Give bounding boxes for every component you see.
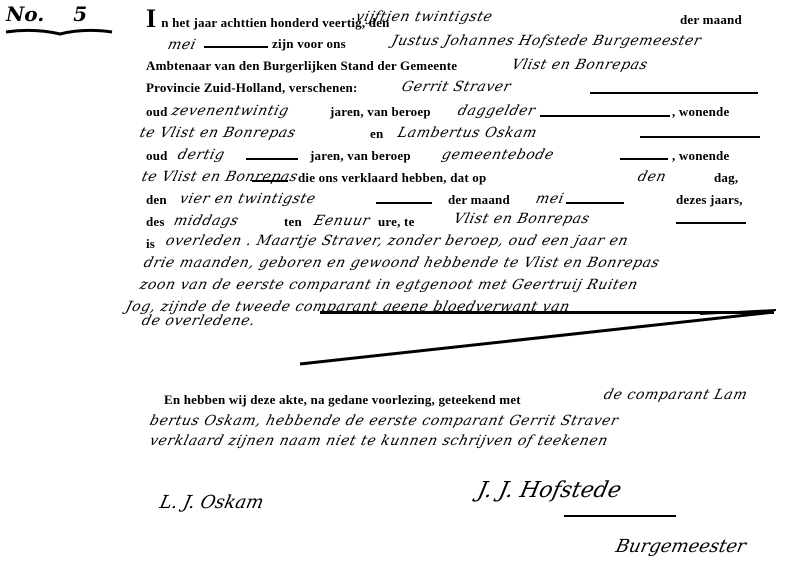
printed-text: ure, te: [378, 214, 415, 230]
handwritten-day: den: [636, 169, 668, 185]
record-number-value: 5: [73, 2, 87, 26]
fill-line: [676, 222, 746, 224]
handwritten-occupation-1: daggelder: [456, 103, 537, 119]
handwritten-declarant-1: Gerrit Straver: [400, 79, 513, 95]
drop-cap: I: [146, 4, 156, 33]
fill-line: [204, 46, 268, 48]
handwritten-residence-1: te Vlist en Bonrepas: [138, 125, 298, 141]
handwritten-municipality: Vlist en Bonrepas: [510, 57, 649, 73]
fill-line: [246, 158, 298, 160]
printed-text: en: [370, 126, 383, 142]
printed-text: jaren, van beroep: [330, 104, 431, 120]
handwritten-declarant-2: Lambertus Oskam: [396, 125, 539, 141]
record-number: No. 5: [6, 2, 87, 26]
printed-text: ten: [284, 214, 302, 230]
handwritten-illiterate-note: verklaard zijnen naam niet te kunnen sch…: [148, 433, 610, 449]
handwritten-time-of-day: middags: [172, 213, 240, 229]
record-number-label: No.: [6, 2, 44, 26]
handwritten-date-day: vijftien twintigste: [354, 9, 494, 25]
printed-text: Ambtenaar van den Burgerlijken Stand der…: [146, 58, 457, 74]
printed-text: dezes jaars,: [676, 192, 743, 208]
fill-line: [640, 136, 760, 138]
handwritten-age-2: dertig: [176, 147, 227, 163]
flourish-underline: [4, 26, 114, 38]
printed-text: der maand: [448, 192, 510, 208]
handwritten-deceased-details: overleden . Maartje Straver, zonder bero…: [164, 233, 630, 249]
handwritten-date-of-death: vier en twintigste: [178, 191, 318, 207]
printed-text: Provincie Zuid-Holland, verschenen:: [146, 80, 358, 96]
fill-line: [620, 158, 668, 160]
fill-line: [252, 180, 288, 182]
printed-text: den: [146, 192, 167, 208]
diagonal-closing-stroke: [0, 300, 800, 370]
handwritten-occupation-2: gemeentebode: [440, 147, 556, 163]
printed-text: , wonende: [672, 148, 729, 164]
handwritten-age-1: zevenentwintig: [170, 103, 291, 119]
printed-text: is: [146, 236, 155, 252]
fill-line: [590, 92, 758, 94]
handwritten-hour: Eenuur: [312, 213, 372, 229]
signature-official: J. J. Hofstede: [475, 478, 623, 503]
printed-text: des: [146, 214, 165, 230]
handwritten-residence-2: te Vlist en Bonrepas: [140, 169, 300, 185]
signature-underline: [564, 515, 676, 517]
printed-text: oud: [146, 104, 168, 120]
handwritten-continuation: drie maanden, geboren en gewoond hebbend…: [142, 255, 661, 271]
fill-line: [540, 115, 670, 117]
line-1: I n het jaar achttien honderd veertig, d…: [146, 4, 390, 34]
printed-text: der maand: [680, 12, 742, 28]
handwritten-signer-continuation: bertus Oskam, hebbende de eerste compara…: [148, 413, 620, 429]
printed-text: dag,: [714, 170, 738, 186]
printed-text: En hebben wij deze akte, na gedane voorl…: [164, 392, 521, 408]
printed-text: zijn voor ons: [272, 36, 346, 52]
handwritten-month: mei: [166, 37, 198, 53]
handwritten-continuation: zoon van de eerste comparant in egtgenoo…: [138, 277, 640, 293]
printed-text: die ons verklaard hebben, dat op: [298, 170, 486, 186]
handwritten-place-of-death: Vlist en Bonrepas: [452, 211, 591, 227]
fill-line: [376, 202, 432, 204]
handwritten-month-of-death: mei: [534, 191, 566, 207]
signature-witness: L. J. Oskam: [158, 492, 266, 513]
handwritten-official-name: Justus Johannes Hofstede Burgemeester: [390, 33, 703, 49]
fill-line: [566, 202, 624, 204]
printed-text: , wonende: [672, 104, 729, 120]
handwritten-signer: de comparant Lam: [602, 387, 749, 403]
printed-text: oud: [146, 148, 168, 164]
official-title: Burgemeester: [614, 536, 748, 557]
printed-text: jaren, van beroep: [310, 148, 411, 164]
